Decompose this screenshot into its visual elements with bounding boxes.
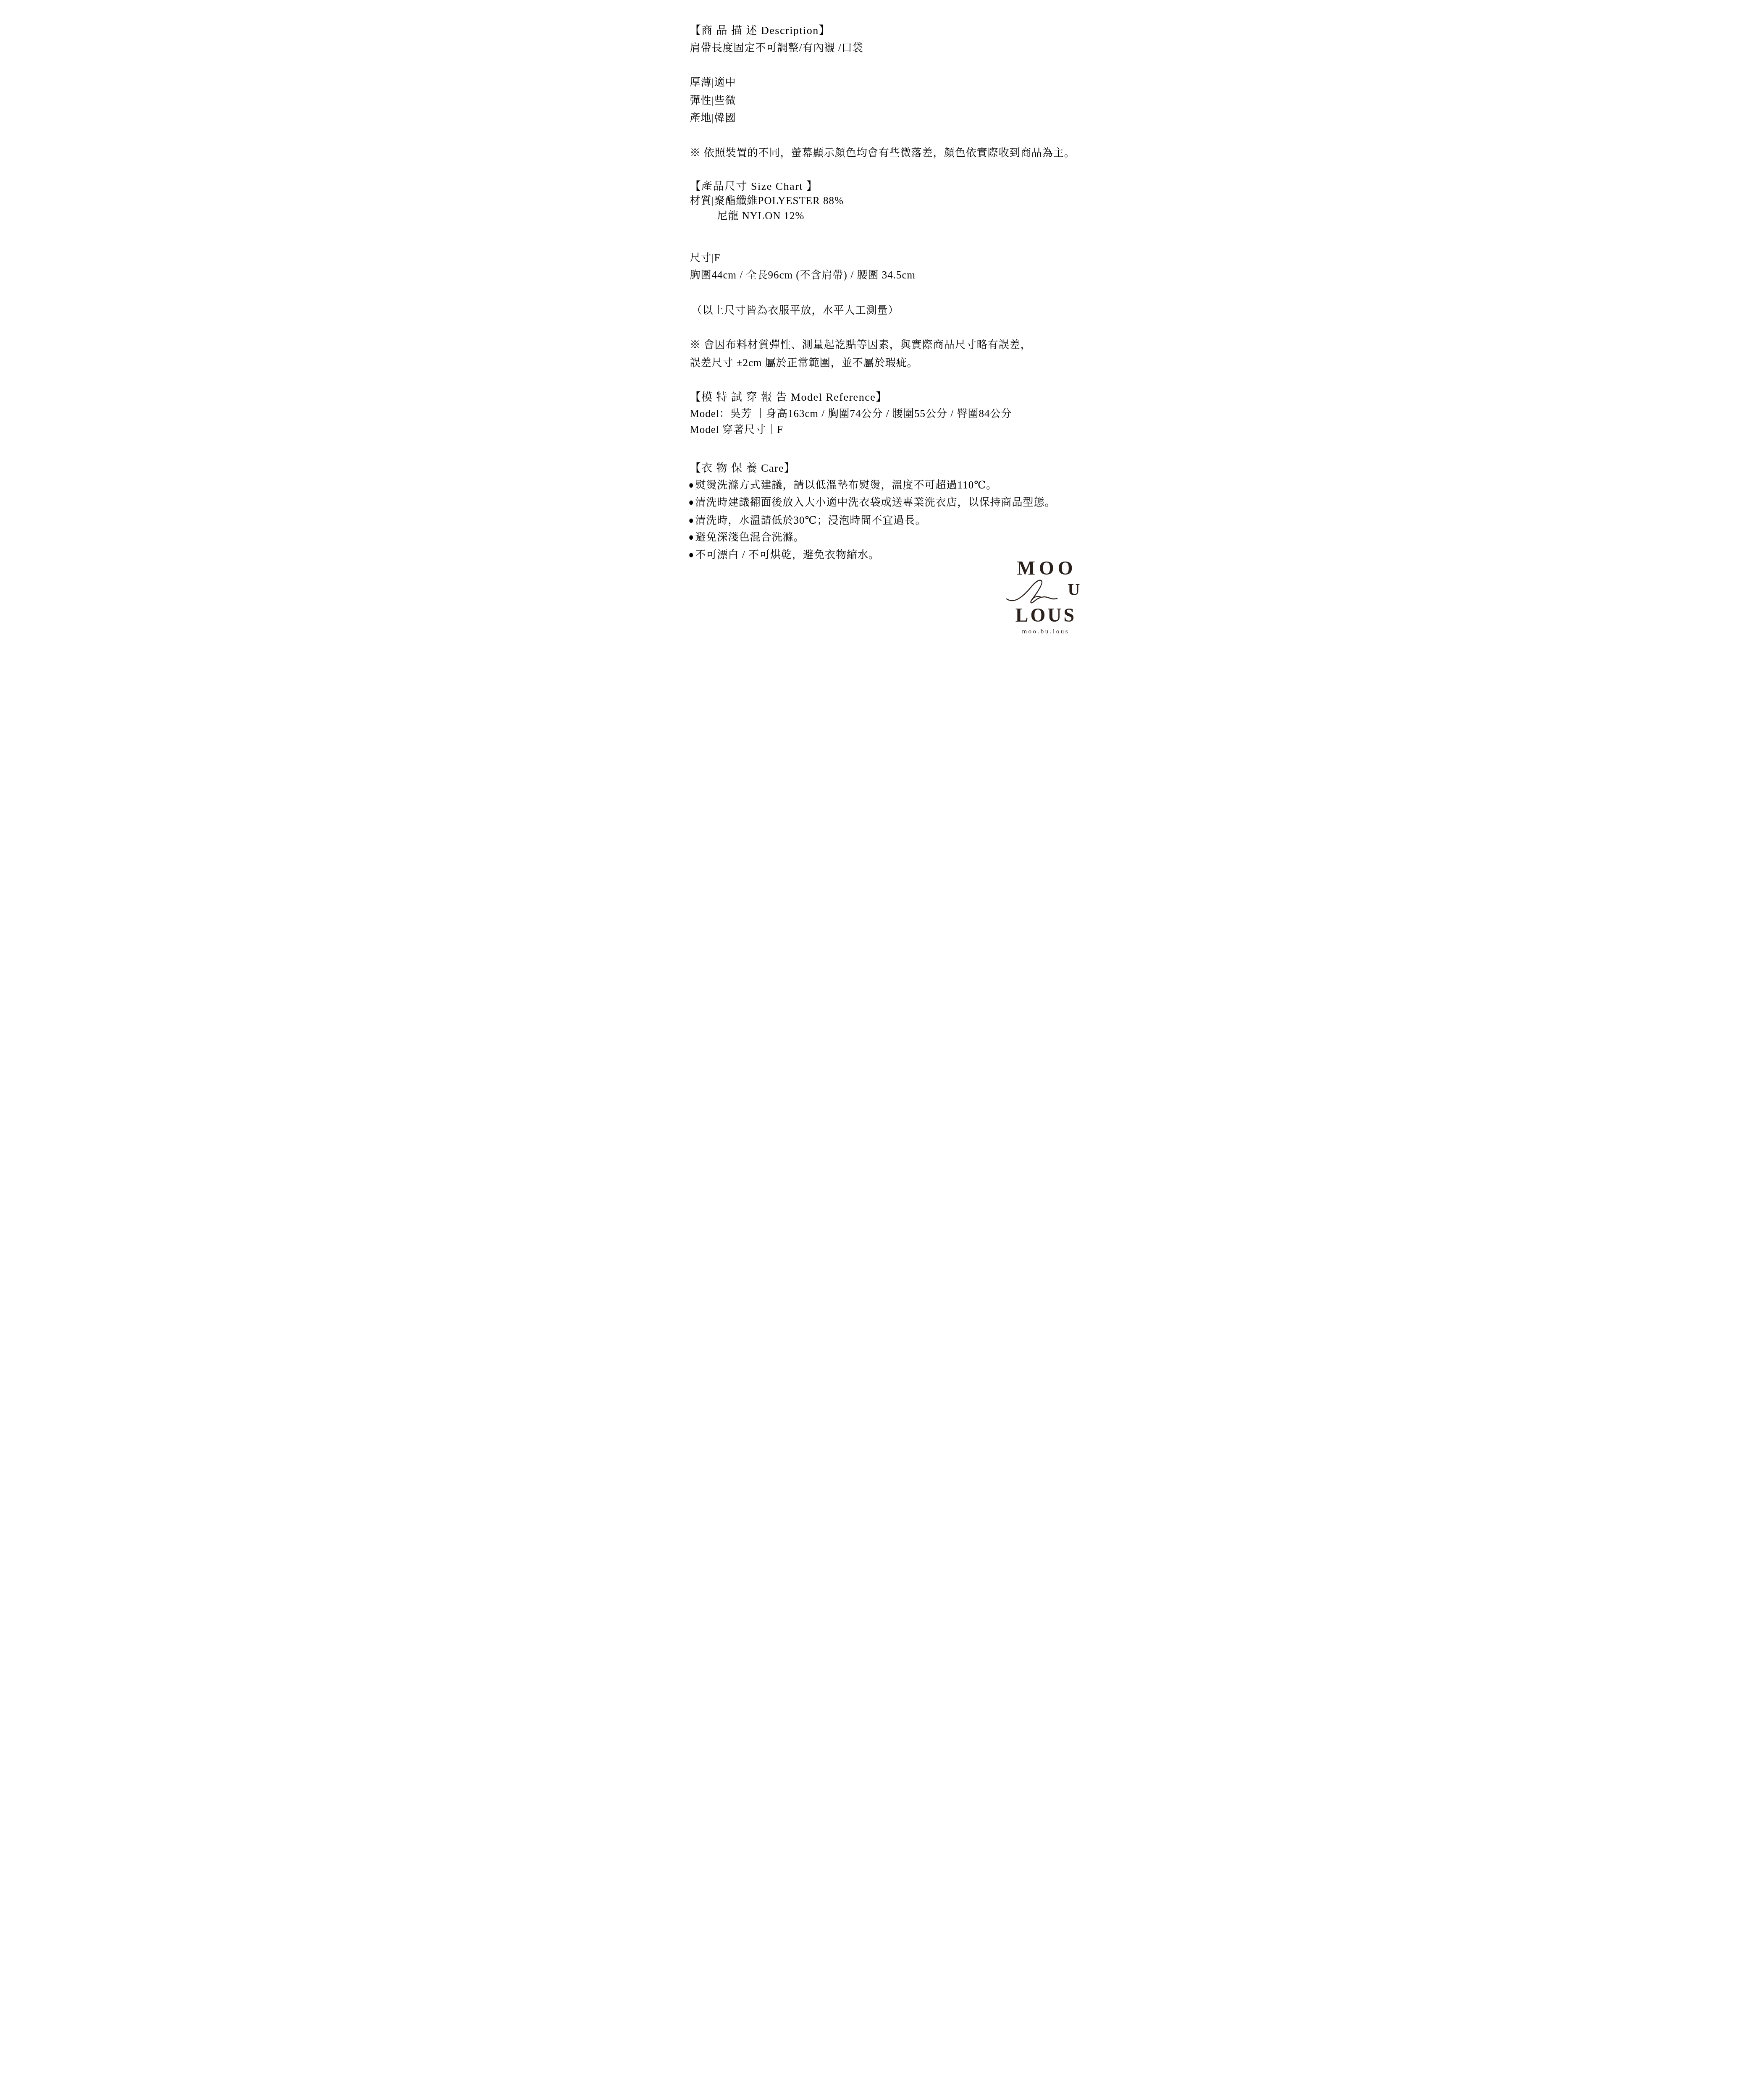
attribute-row-origin: 產地|韓國 — [690, 111, 736, 126]
logo-text-lous: LOUS — [1008, 606, 1084, 625]
description-section-title: 【商 品 描 述 Description】 — [690, 24, 831, 38]
care-item-text: 清洗時，水溫請低於30℃；浸泡時間不宜過長。 — [695, 515, 926, 526]
attribute-label: 厚薄 — [690, 77, 712, 88]
material-label: 材質 — [690, 195, 712, 207]
tolerance-note-line1: ※ 會因布料材質彈性、測量起訖點等因素，與實際商品尺寸略有誤差， — [690, 338, 1031, 352]
bullet-icon: ● — [688, 496, 694, 510]
bullet-icon: ● — [688, 548, 694, 562]
care-item-laundry-bag: ●清洗時建議翻面後放入大小適中洗衣袋或送專業洗衣店，以保持商品型態。 — [688, 496, 1056, 510]
care-item-text: 避免深淺色混合洗滌。 — [695, 532, 805, 543]
attribute-label: 產地 — [690, 113, 712, 124]
care-item-text: 清洗時建議翻面後放入大小適中洗衣袋或送專業洗衣店，以保持商品型態。 — [695, 497, 1056, 508]
measurement-method-note: （以上尺寸皆為衣服平放，水平人工測量） — [692, 304, 899, 318]
care-section-title: 【衣 物 保 養 Care】 — [690, 461, 796, 475]
care-item-ironing: ●熨燙洗滌方式建議，請以低溫墊布熨燙，溫度不可超過110℃。 — [688, 478, 997, 493]
bullet-icon: ● — [688, 514, 694, 528]
size-value: F — [714, 252, 721, 264]
bullet-icon: ● — [688, 530, 694, 545]
measurements-row: 胸圍44cm / 全長96cm (不含肩帶) / 腰圍 34.5cm — [690, 268, 916, 283]
attribute-value: 韓國 — [714, 113, 736, 124]
attribute-value: 適中 — [714, 77, 736, 88]
logo-text-moo: MOO — [1008, 559, 1086, 578]
attribute-row-elasticity: 彈性|些微 — [690, 94, 736, 108]
model-size-row: Model 穿著尺寸｜F — [690, 423, 783, 437]
model-info-row: Model：吳芳 ｜身高163cm / 胸圍74公分 / 腰圍55公分 / 臀圍… — [690, 407, 1012, 421]
size-section-title: 【產品尺寸 Size Chart 】 — [690, 179, 818, 194]
material-row: 材質|聚酯纖維POLYESTER 88% — [690, 194, 844, 208]
brand-logo: MOO U LOUS moo.bu.lous — [1008, 559, 1082, 635]
bu-script-flourish-icon — [1005, 578, 1059, 605]
logo-handle-text: moo.bu.lous — [1008, 628, 1084, 635]
care-item-water-temp: ●清洗時，水溫請低於30℃；浸泡時間不宜過長。 — [688, 514, 926, 528]
bullet-icon: ● — [688, 478, 694, 493]
attribute-label: 彈性 — [690, 95, 712, 106]
description-strap-line: 肩帶長度固定不可調整/有內襯 /口袋 — [690, 41, 863, 55]
tolerance-note-line2: 誤差尺寸 ±2cm 屬於正常範圍，並不屬於瑕疵。 — [690, 356, 918, 370]
care-item-text: 不可漂白 / 不可烘乾，避免衣物縮水。 — [695, 549, 879, 561]
logo-text-u: U — [1068, 581, 1080, 598]
size-row: 尺寸|F — [690, 251, 721, 265]
attribute-row-thickness: 厚薄|適中 — [690, 76, 736, 90]
care-item-no-bleach: ●不可漂白 / 不可烘乾，避免衣物縮水。 — [688, 548, 880, 562]
material-value-line2: 尼龍 NYLON 12% — [717, 209, 805, 223]
material-value-line1: 聚酯纖維POLYESTER 88% — [714, 195, 844, 207]
product-description-page: 【商 品 描 述 Description】 肩帶長度固定不可調整/有內襯 /口袋… — [656, 0, 1094, 656]
color-difference-note: ※ 依照裝置的不同，螢幕顯示顏色均會有些微落差，顏色依實際收到商品為主。 — [690, 146, 1075, 160]
attribute-value: 些微 — [714, 95, 736, 106]
care-item-color-mixing: ●避免深淺色混合洗滌。 — [688, 530, 805, 545]
size-label: 尺寸 — [690, 252, 712, 264]
care-item-text: 熨燙洗滌方式建議，請以低溫墊布熨燙，溫度不可超過110℃。 — [695, 480, 997, 491]
model-section-title: 【模 特 試 穿 報 告 Model Reference】 — [690, 390, 887, 404]
logo-middle-row: U — [1008, 578, 1082, 605]
